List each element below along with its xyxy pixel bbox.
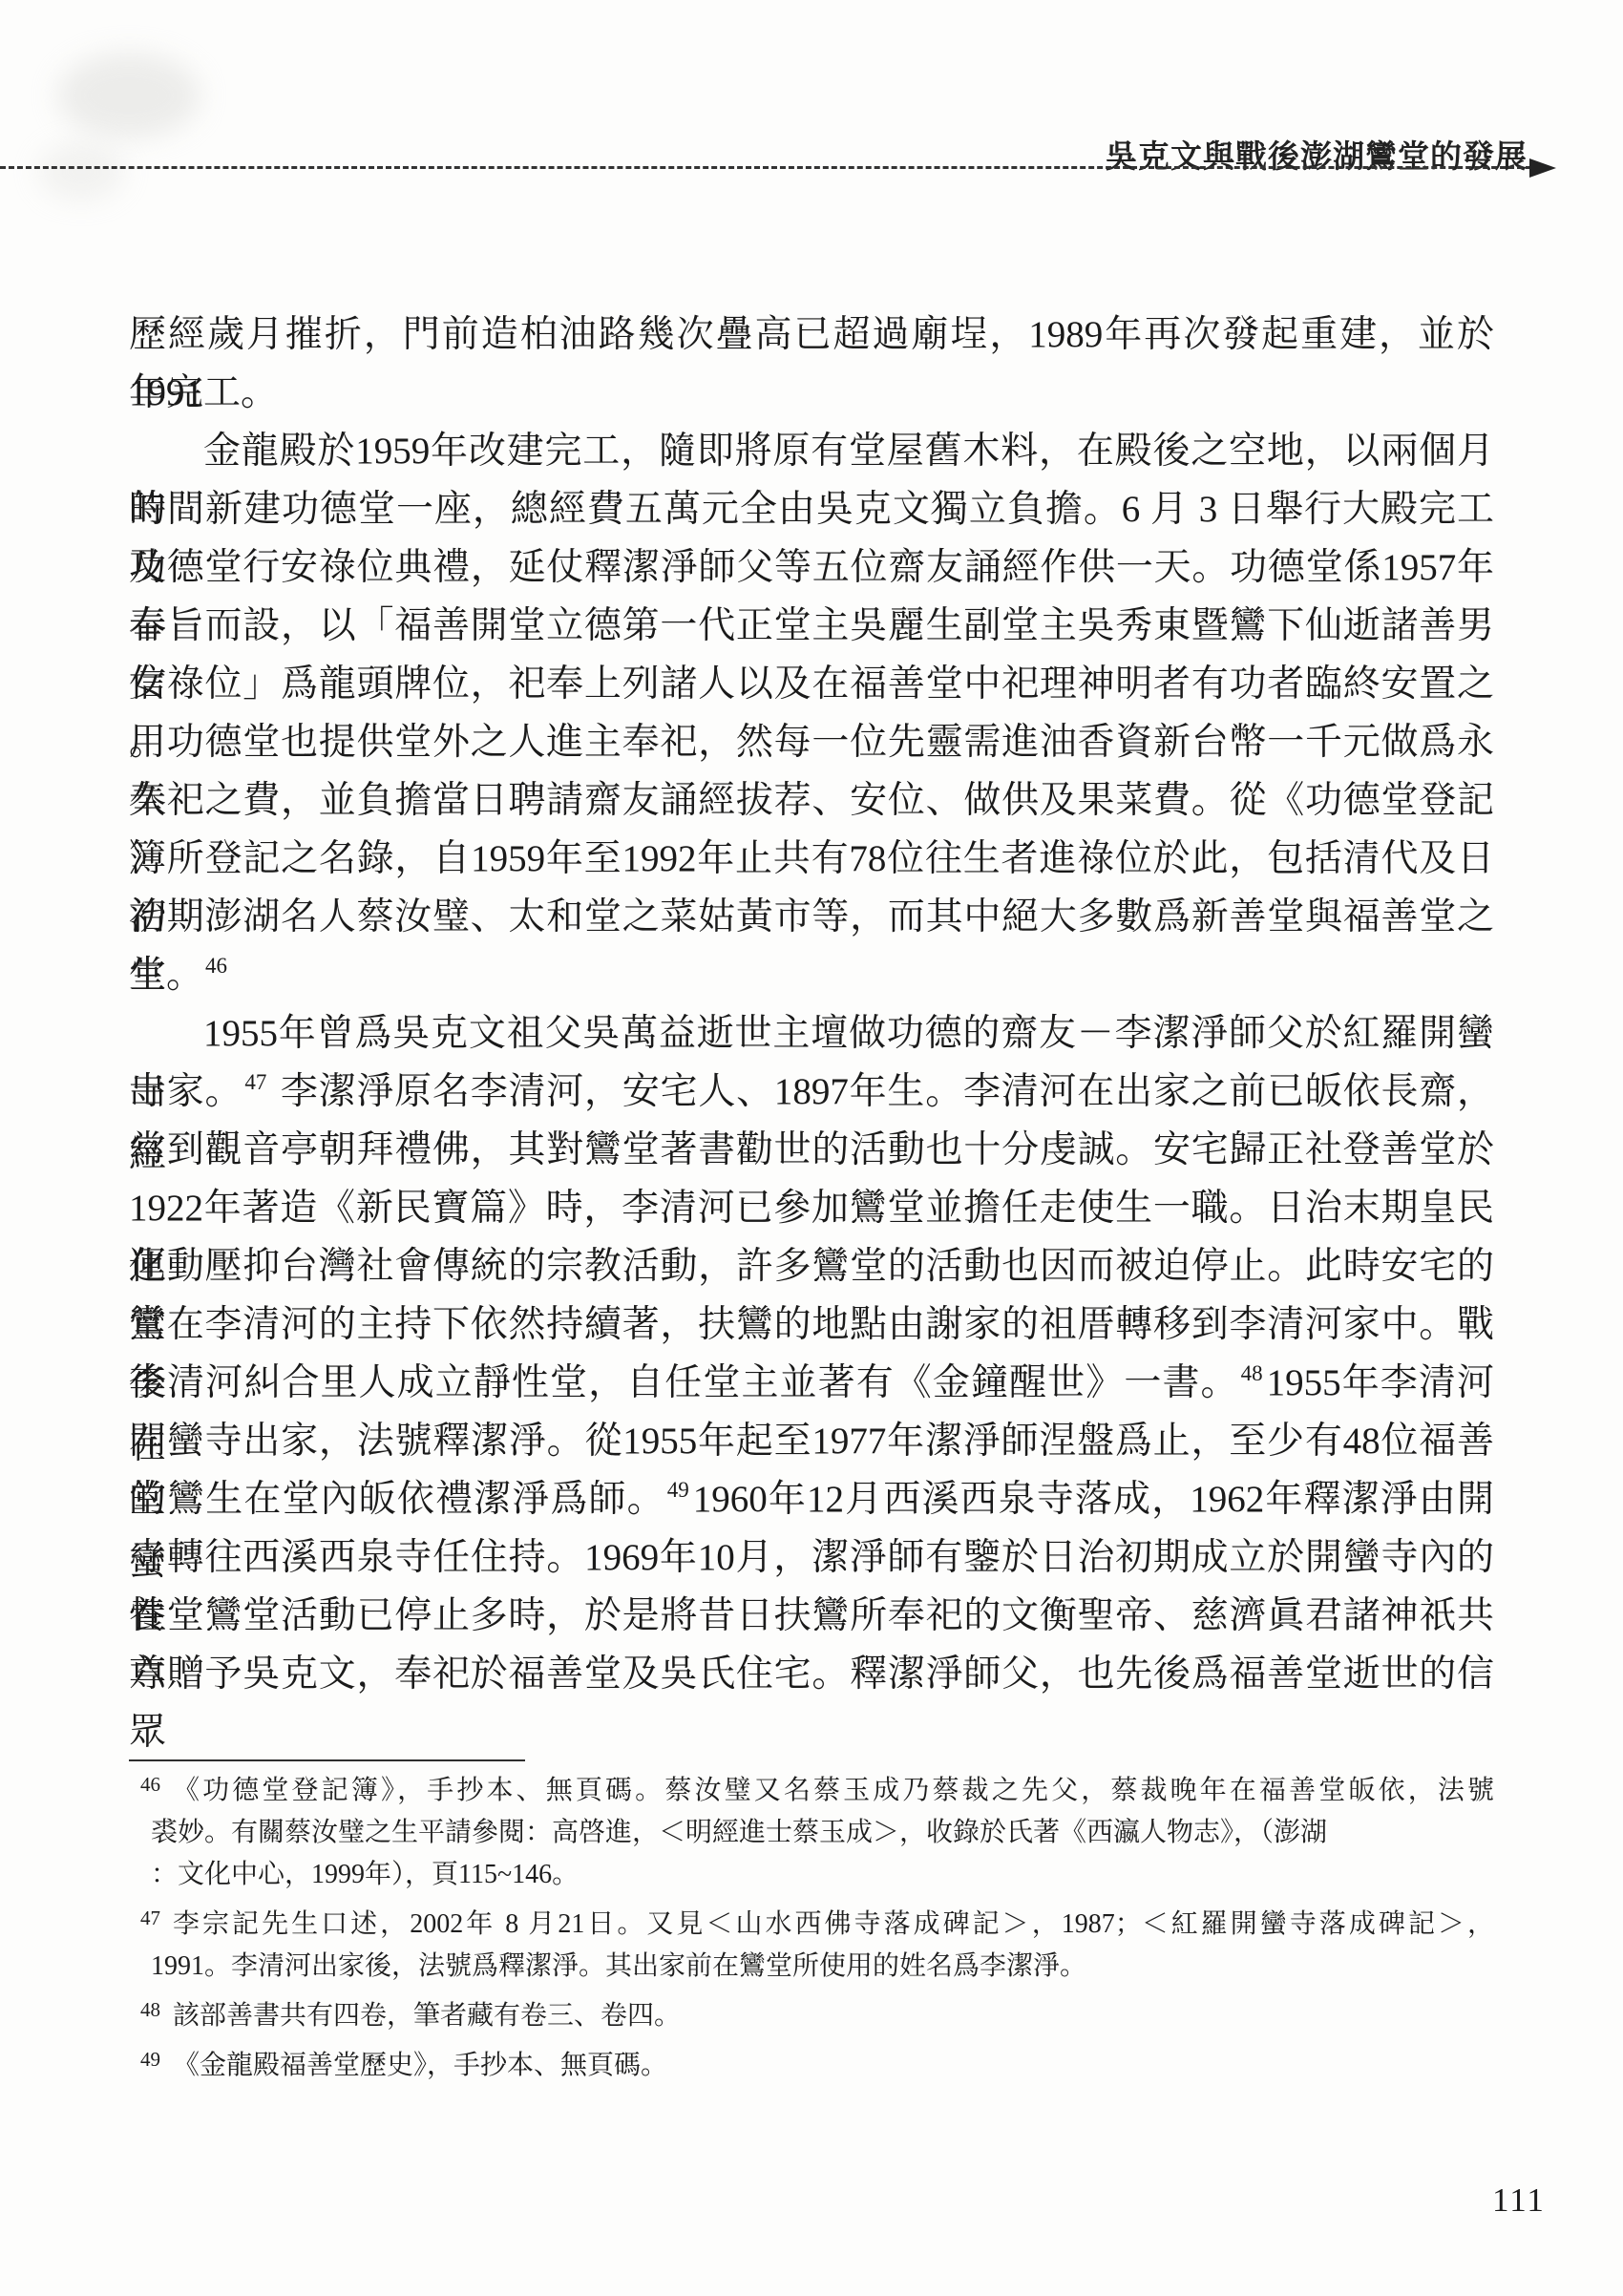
body-line: 李清河糾合里人成立靜性堂，自任堂主並著有《金鐘醒世》一書。481955年李清河在 [129, 1354, 1494, 1412]
footnote-line: ：文化中心，1999年），頁115~146。 [151, 1854, 1494, 1896]
body-line: 運動壓抑台灣社會傳統的宗教活動，許多鸞堂的活動也因而被迫停止。此時安宅的鸞 [129, 1237, 1494, 1295]
footnote: 48該部善書共有四卷，筆者藏有卷三、卷四。 [129, 1995, 1494, 2037]
body-line: 奉祀之費，並負擔當日聘請齋友誦經拔荐、安位、做供及果菜費。從《功德堂登記簿 [129, 771, 1494, 830]
body-line: 年完工。 [129, 364, 1494, 422]
footnote: 47李宗記先生口述，2002年 8 月21日。又見＜山水西佛寺落成碑記＞，198… [129, 1904, 1494, 1988]
body-line: 常到觀音亭朝拜禮佛，其對鸞堂著書勸世的活動也十分虔誠。安宅歸正社登善堂於 [129, 1121, 1494, 1179]
body-line: 的鸞生在堂內皈依禮潔淨爲師。491960年12月西溪西泉寺落成，1962年釋潔淨… [129, 1470, 1494, 1528]
document-page: 吳克文與戰後澎湖鸞堂的發展 歷經歲月摧折，門前造柏油路幾次疊高已超過廟埕，198… [0, 0, 1623, 2296]
body-line: 性堂鸞堂活動已停止多時，於是將昔日扶鸞所奉祀的文衡聖帝、慈濟眞君諸神祇共六 [129, 1587, 1494, 1645]
footnote-line: 該部善書共有四卷，筆者藏有卷三、卷四。 [173, 1995, 1494, 2037]
footnote-number: 48 [140, 1989, 160, 2031]
body-line: 開蠻寺出家，法號釋潔淨。從1955年起至1977年潔淨師涅盤爲止，至少有48位福… [129, 1412, 1494, 1470]
footnote-number: 47 [140, 1897, 160, 1939]
page-number: 111 [1492, 2181, 1546, 2220]
body-line: 堂在李清河的主持下依然持續著，扶鸞的地點由謝家的祖厝轉移到李清河家中。戰後 [129, 1295, 1494, 1354]
footnote-separator [129, 1759, 525, 1761]
footnote-line: 李宗記先生口述，2002年 8 月21日。又見＜山水西佛寺落成碑記＞，1987；… [173, 1904, 1494, 1946]
footnote-line: 《功德堂登記簿》，手抄本、無頁碼。蔡汝璧又名蔡玉成乃蔡裁之先父，蔡裁晚年在福善堂… [173, 1770, 1494, 1812]
body-line: 女祿位」爲龍頭牌位，祀奉上列諸人以及在福善堂中祀理神明者有功者臨終安置之用 [129, 655, 1494, 713]
body-line: 初期澎湖名人蔡汝璧、太和堂之菜姑黃市等，而其中絕大多數爲新善堂與福善堂之堂 [129, 888, 1494, 946]
body-line: 1955年曾爲吳克文祖父吳萬益逝世主壇做功德的齋友－李潔淨師父於紅羅開蠻寺 [129, 1004, 1494, 1063]
footnote-line: 裘妙。有關蔡汝璧之生平請參閱：高啓進，＜明經進士蔡玉成＞，收錄於氏著《西瀛人物志… [151, 1812, 1494, 1854]
running-header-title: 吳克文與戰後澎湖鸞堂的發展 [1106, 132, 1528, 177]
body-line: 》所登記之名錄，自1959年至1992年止共有78位往生者進祿位於此，包括清代及… [129, 830, 1494, 888]
body-line: 。功德堂也提供堂外之人進主奉祀，然每一位先靈需進油香資新台幣一千元做爲永久 [129, 713, 1494, 771]
arrow-right-icon [1529, 158, 1556, 178]
header-dashed-divider [0, 166, 1531, 169]
footnote-line: 1991。李清河出家後，法號爲釋潔淨。其出家前在鸞堂所使用的姓名爲李潔淨。 [151, 1946, 1494, 1988]
body-line: 奉旨而設，以「福善開堂立德第一代正堂主吳麗生副堂主吳秀東暨鸞下仙逝諸善男信 [129, 597, 1494, 655]
body-line: 尊贈予吳克文，奉祀於福善堂及吳氏住宅。釋潔淨師父，也先後爲福善堂逝世的信眾 [129, 1645, 1494, 1703]
body-line: 出家。47 李潔淨原名李清河，安宅人、1897年生。李清河在出家之前已皈依長齋，… [129, 1063, 1494, 1121]
body-line: 1922年著造《新民寶篇》時，李清河已參加鸞堂並擔任走使生一職。日治末期皇民化 [129, 1179, 1494, 1237]
body-line: 歷經歲月摧折，門前造柏油路幾次疊高已超過廟埕，1989年再次發起重建，並於199… [129, 305, 1494, 364]
scan-artifact [38, 143, 124, 200]
body-text: 歷經歲月摧折，門前造柏油路幾次疊高已超過廟埕，1989年再次發起重建，並於199… [129, 305, 1494, 1703]
footnote-ref: 47 [244, 1070, 266, 1094]
scan-artifact [57, 53, 200, 138]
footnote-ref: 48 [1241, 1361, 1263, 1385]
footnote: 46《功德堂登記簿》，手抄本、無頁碼。蔡汝璧又名蔡玉成乃蔡裁之先父，蔡裁晚年在福… [129, 1770, 1494, 1896]
body-line: 功德堂行安祿位典禮，延仗釋潔淨師父等五位齋友誦經作供一天。功德堂係1957年春 [129, 538, 1494, 597]
body-line: 生。46 [129, 946, 1494, 1004]
body-line: 金龍殿於1959年改建完工，隨即將原有堂屋舊木料，在殿後之空地，以兩個月的 [129, 422, 1494, 480]
footnote-line: 《金龍殿福善堂歷史》，手抄本、無頁碼。 [173, 2045, 1494, 2087]
footnote-ref: 49 [667, 1478, 689, 1502]
body-line: 時間新建功德堂一座，總經費五萬元全由吳克文獨立負擔。6 月 3 日舉行大殿完工及 [129, 480, 1494, 538]
footnote: 49《金龍殿福善堂歷史》，手抄本、無頁碼。 [129, 2045, 1494, 2087]
body-line: 寺轉往西溪西泉寺任住持。1969年10月，潔淨師有鑒於日治初期成立於開蠻寺內的養 [129, 1528, 1494, 1587]
footnote-number: 49 [140, 2038, 160, 2080]
footnote-number: 46 [140, 1763, 160, 1805]
footnote-ref: 46 [205, 954, 227, 978]
footnotes: 46《功德堂登記簿》，手抄本、無頁碼。蔡汝璧又名蔡玉成乃蔡裁之先父，蔡裁晚年在福… [129, 1770, 1494, 2095]
